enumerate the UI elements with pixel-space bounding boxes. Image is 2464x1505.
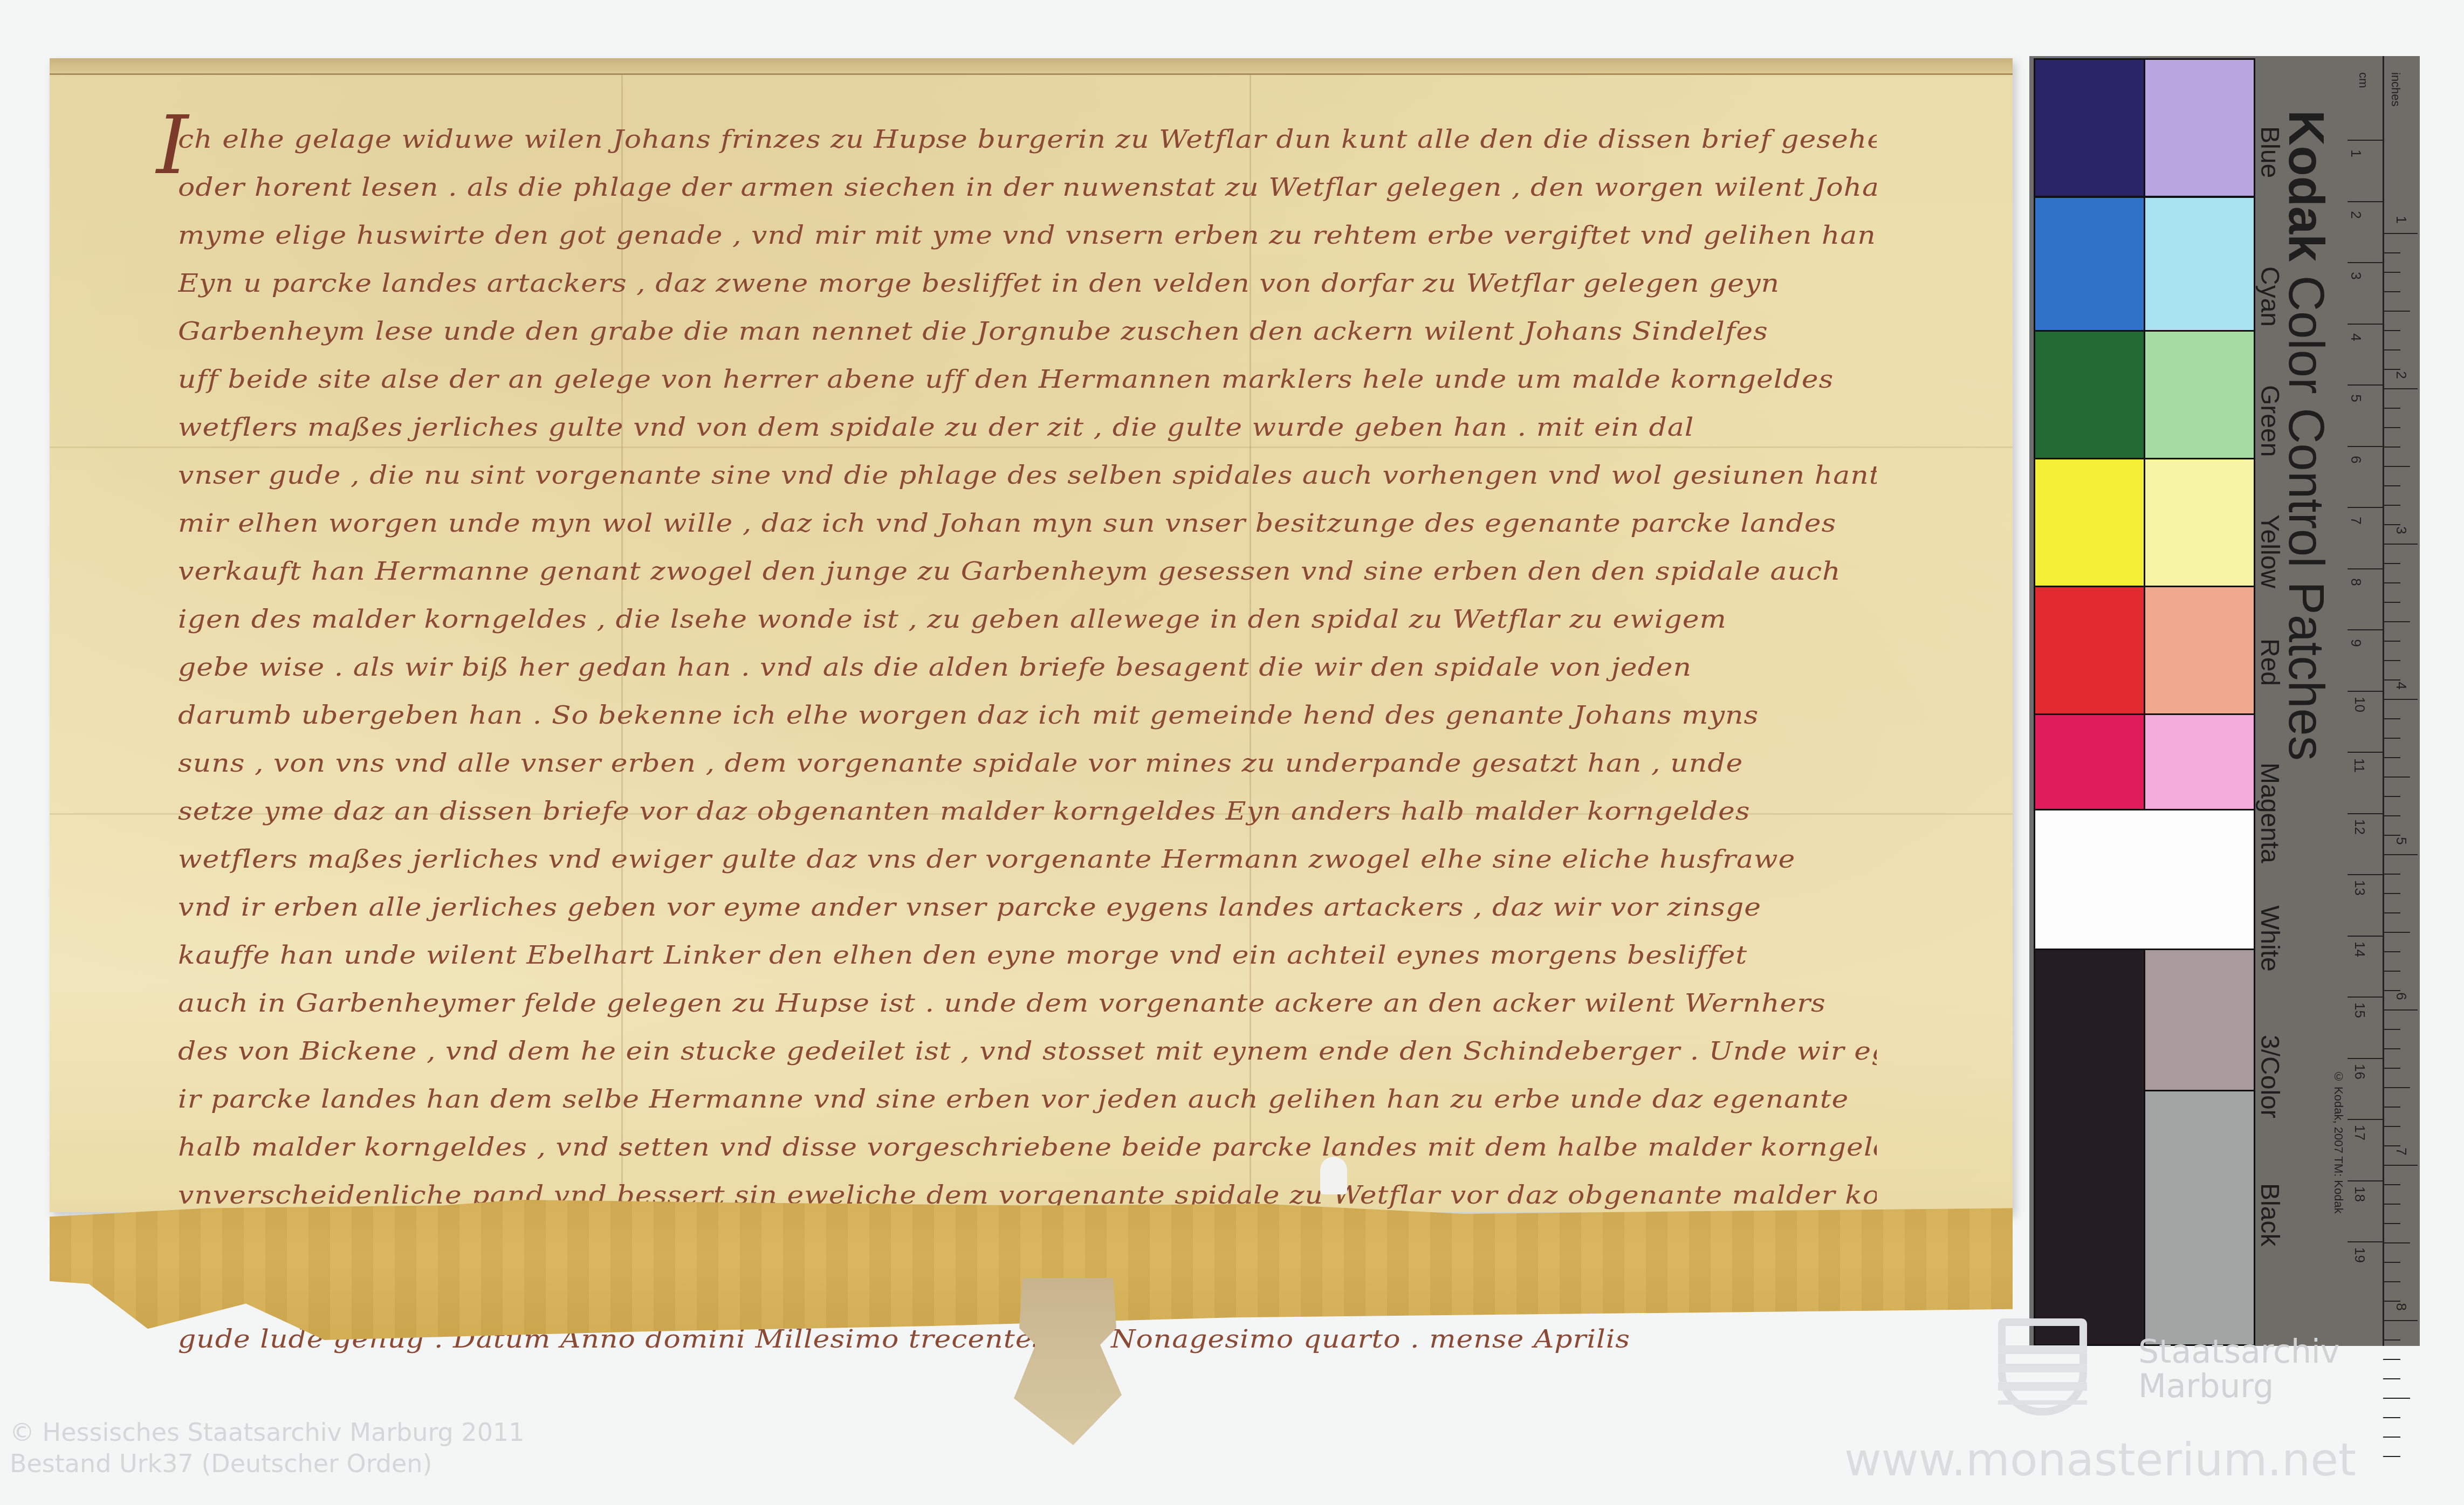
copyright-watermark: © Hessisches Staatsarchiv Marburg 2011 B… <box>10 1417 524 1479</box>
cm-tick <box>2348 507 2384 508</box>
cm-tick <box>2348 140 2384 141</box>
inch-subtick <box>2383 446 2400 448</box>
inch-subtick <box>2383 582 2400 583</box>
inch-tick <box>2383 388 2418 389</box>
patch-cyan-dark <box>2034 196 2145 335</box>
cm-tick-label: 4 <box>2348 333 2364 341</box>
inch-subtick <box>2383 738 2400 739</box>
cm-tick <box>2348 1180 2384 1181</box>
cm-tick-label: 10 <box>2351 697 2368 712</box>
cm-tick-label: 1 <box>2348 149 2364 157</box>
cm-tick <box>2348 752 2384 753</box>
patch-green-light <box>2144 330 2255 459</box>
cm-tick-label: 15 <box>2351 1002 2368 1018</box>
label-black: Black <box>2255 1183 2284 1246</box>
inch-tick-label: 3 <box>2393 526 2410 534</box>
inch-tick-label: 7 <box>2393 1147 2410 1155</box>
text-line: mir elhen worgen unde myn wol wille , da… <box>178 502 1877 545</box>
inch-subtick <box>2383 1145 2400 1146</box>
inch-subtick <box>2383 1029 2400 1030</box>
inch-subtick <box>2383 971 2400 972</box>
inch-subtick <box>2383 408 2400 409</box>
inch-subtick <box>2383 252 2400 253</box>
inch-subtick <box>2383 1048 2400 1049</box>
inch-subtick <box>2383 1437 2400 1438</box>
text-line: halb malder korngeldes , vnd setten vnd … <box>178 1126 1877 1169</box>
inches-label: inches <box>2388 72 2403 107</box>
inch-subtick <box>2383 1068 2400 1069</box>
inch-subtick <box>2383 1087 2410 1088</box>
cm-tick <box>2348 813 2384 814</box>
text-line: wetflers maßes jerliches vnd ewiger gult… <box>178 838 1877 881</box>
inch-subtick <box>2383 796 2400 797</box>
inch-tick-label: 6 <box>2393 992 2410 1000</box>
patch-red-light <box>2144 586 2255 715</box>
inch-subtick <box>2383 1107 2400 1108</box>
cm-tick <box>2348 1119 2384 1120</box>
patch-cyan-light <box>2144 196 2255 335</box>
cm-label: cm <box>2356 72 2370 88</box>
text-line: setze yme daz an dissen briefe vor daz o… <box>178 790 1877 833</box>
text-line: uff beide site alse der an gelege von he… <box>178 358 1877 401</box>
patch-white <box>2034 809 2255 950</box>
inch-subtick <box>2383 776 2410 778</box>
inch-subtick <box>2383 641 2400 642</box>
text-line: darumb ubergeben han . So bekenne ich el… <box>178 694 1877 737</box>
text-line: ch elhe gelage widuwe wilen Johans frinz… <box>178 118 1877 161</box>
cm-tick <box>2348 262 2384 263</box>
inch-tick-label: 5 <box>2393 837 2410 844</box>
text-line: suns , von vns vnd alle vnser erben , de… <box>178 742 1877 785</box>
inch-subtick <box>2383 1184 2400 1185</box>
parchment-top-edge <box>50 58 2013 75</box>
text-line: wetflers maßes jerliches gulte vnd von d… <box>178 406 1877 449</box>
inch-tick <box>2383 1009 2418 1011</box>
inch-subtick <box>2383 1339 2400 1341</box>
patch-magenta-dark <box>2034 713 2145 810</box>
cm-tick <box>2348 201 2384 202</box>
inch-subtick <box>2383 1204 2400 1205</box>
text-line: oder horent lesen . als die phlage der a… <box>178 166 1877 209</box>
inch-tick <box>2383 544 2418 545</box>
inch-subtick <box>2383 505 2400 506</box>
inch-subtick <box>2383 990 2400 991</box>
text-line: Eyn u parcke landes artackers , daz zwen… <box>178 262 1877 305</box>
inch-tick-label: 8 <box>2393 1303 2410 1310</box>
cm-tick-label: 5 <box>2348 394 2364 402</box>
inch-tick <box>2383 1165 2418 1166</box>
cm-tick-label: 13 <box>2351 880 2368 896</box>
inch-tick-label: 2 <box>2393 371 2410 379</box>
inch-subtick <box>2383 427 2400 428</box>
text-line: igen des malder korngeldes , die lsehe w… <box>178 598 1877 641</box>
label-magenta: Magenta <box>2255 762 2284 863</box>
inch-subtick <box>2383 1378 2400 1379</box>
text-line: vnser gude , die nu sint vorgenante sine… <box>178 454 1877 497</box>
patch-black-light <box>2144 1090 2255 1346</box>
inch-subtick <box>2383 1126 2400 1127</box>
inch-subtick <box>2383 602 2400 603</box>
inch-subtick <box>2383 466 2410 467</box>
cm-tick <box>2348 874 2384 875</box>
inch-subtick <box>2383 1456 2400 1457</box>
inch-tick <box>2383 699 2418 700</box>
label-white: White <box>2255 905 2284 972</box>
inch-subtick <box>2383 951 2400 952</box>
cm-tick <box>2348 1241 2384 1242</box>
inch-subtick <box>2383 1359 2400 1360</box>
text-line: vnd ir erben alle jerliches geben vor ey… <box>178 886 1877 929</box>
patch-green-dark <box>2034 330 2145 459</box>
inch-subtick <box>2383 1262 2400 1263</box>
inch-subtick <box>2383 1223 2400 1224</box>
inch-subtick <box>2383 330 2400 331</box>
seal-tag <box>1014 1278 1122 1445</box>
inch-subtick <box>2383 621 2410 622</box>
cm-tick-label: 18 <box>2351 1186 2368 1202</box>
cm-tick <box>2348 446 2384 447</box>
cm-tick-label: 16 <box>2351 1064 2368 1080</box>
cm-tick <box>2348 629 2384 630</box>
kodak-color-target: Kodak Color Control Patches Blue Cyan Gr… <box>2029 56 2423 1346</box>
inch-subtick <box>2383 835 2400 836</box>
patch-3color-dark <box>2034 949 2145 1346</box>
inch-tick <box>2383 854 2418 855</box>
cm-tick-label: 7 <box>2348 517 2364 524</box>
cm-tick-label: 14 <box>2351 942 2368 957</box>
cm-tick-label: 11 <box>2351 758 2367 773</box>
text-line: kauffe han unde wilent Ebelhart Linker d… <box>178 934 1877 977</box>
cm-tick-label: 9 <box>2348 639 2364 647</box>
cm-tick-label: 2 <box>2348 211 2364 218</box>
inch-subtick <box>2383 757 2400 758</box>
website-watermark[interactable]: www.monasterium.net <box>1844 1433 2356 1486</box>
cm-tick-label: 12 <box>2351 819 2368 835</box>
inch-subtick <box>2383 912 2400 913</box>
text-line: myme elige huswirte den got genade , vnd… <box>178 214 1877 257</box>
inch-subtick <box>2383 1242 2410 1243</box>
patch-blue-dark <box>2034 58 2145 197</box>
text-line: Garbenheym lese unde den grabe die man n… <box>178 310 1877 353</box>
cm-tick-label: 8 <box>2348 578 2364 586</box>
kodak-copyright: © Kodak, 2007 TM: Kodak <box>2331 1070 2345 1214</box>
ruler-scale-line <box>2383 56 2384 1346</box>
text-line: des von Bickene , vnd dem he ein stucke … <box>178 1030 1877 1073</box>
archive-watermark: Staatsarchiv Marburg <box>2138 1335 2339 1404</box>
inch-subtick <box>2383 563 2400 564</box>
patch-yellow-light <box>2144 458 2255 587</box>
inch-subtick <box>2383 1281 2400 1282</box>
cm-tick <box>2348 1058 2384 1059</box>
inch-subtick <box>2383 932 2410 933</box>
kodak-title: Kodak Color Control Patches <box>2277 110 2334 761</box>
patch-magenta-light <box>2144 713 2255 810</box>
inch-subtick <box>2383 291 2400 292</box>
inch-subtick <box>2383 874 2400 875</box>
inch-tick <box>2383 1320 2418 1321</box>
inch-subtick <box>2383 815 2400 816</box>
inch-subtick <box>2383 679 2400 681</box>
inch-subtick <box>2383 660 2400 661</box>
inch-subtick <box>2383 311 2410 312</box>
cm-tick-label: 19 <box>2351 1247 2368 1263</box>
cm-tick <box>2348 324 2384 325</box>
text-line: auch in Garbenheymer felde gelegen zu Hu… <box>178 982 1877 1025</box>
inch-subtick <box>2383 485 2400 486</box>
cm-tick <box>2348 568 2384 569</box>
inch-subtick <box>2383 1417 2400 1418</box>
inch-subtick <box>2383 893 2400 894</box>
cm-tick <box>2348 384 2384 386</box>
inch-subtick <box>2383 718 2400 719</box>
color-patches <box>2029 56 2256 1346</box>
inch-subtick <box>2383 524 2400 525</box>
inch-tick-label: 1 <box>2393 216 2410 223</box>
seal-hole <box>1320 1157 1347 1194</box>
inch-tick <box>2383 233 2418 234</box>
label-blue: Blue <box>2255 126 2284 178</box>
inch-subtick <box>2383 349 2400 351</box>
charter-text: I ch elhe gelage widuwe wilen Johans fri… <box>178 116 1877 1364</box>
inch-subtick <box>2383 272 2400 273</box>
cm-tick <box>2348 936 2384 937</box>
label-yellow: Yellow <box>2255 514 2284 588</box>
text-line: gebe wise . als wir biß her gedan han . … <box>178 646 1877 689</box>
kodak-ruler: Kodak Color Control Patches Blue Cyan Gr… <box>2256 56 2420 1346</box>
cm-tick-label: 6 <box>2348 456 2364 463</box>
label-green: Green <box>2255 385 2284 457</box>
cm-tick <box>2348 691 2384 692</box>
hessen-bars-watermark <box>1998 1345 2087 1405</box>
inch-subtick <box>2383 1398 2410 1399</box>
inch-subtick <box>2383 369 2400 370</box>
cm-tick <box>2348 997 2384 998</box>
patch-blue-light <box>2144 58 2255 197</box>
inch-subtick <box>2383 1301 2400 1302</box>
label-cyan: Cyan <box>2255 266 2284 327</box>
label-red: Red <box>2255 638 2284 686</box>
patch-red-dark <box>2034 586 2145 715</box>
label-3color: 3/Color <box>2255 1035 2284 1118</box>
cm-tick-label: 17 <box>2351 1125 2368 1140</box>
patch-3color-light <box>2144 949 2255 1091</box>
inch-tick-label: 4 <box>2393 682 2410 689</box>
cm-tick-label: 3 <box>2348 272 2364 279</box>
text-line: verkauft han Hermanne genant zwogel den … <box>178 550 1877 593</box>
text-line: ir parcke landes han dem selbe Hermanne … <box>178 1078 1877 1121</box>
patch-yellow-dark <box>2034 458 2145 587</box>
